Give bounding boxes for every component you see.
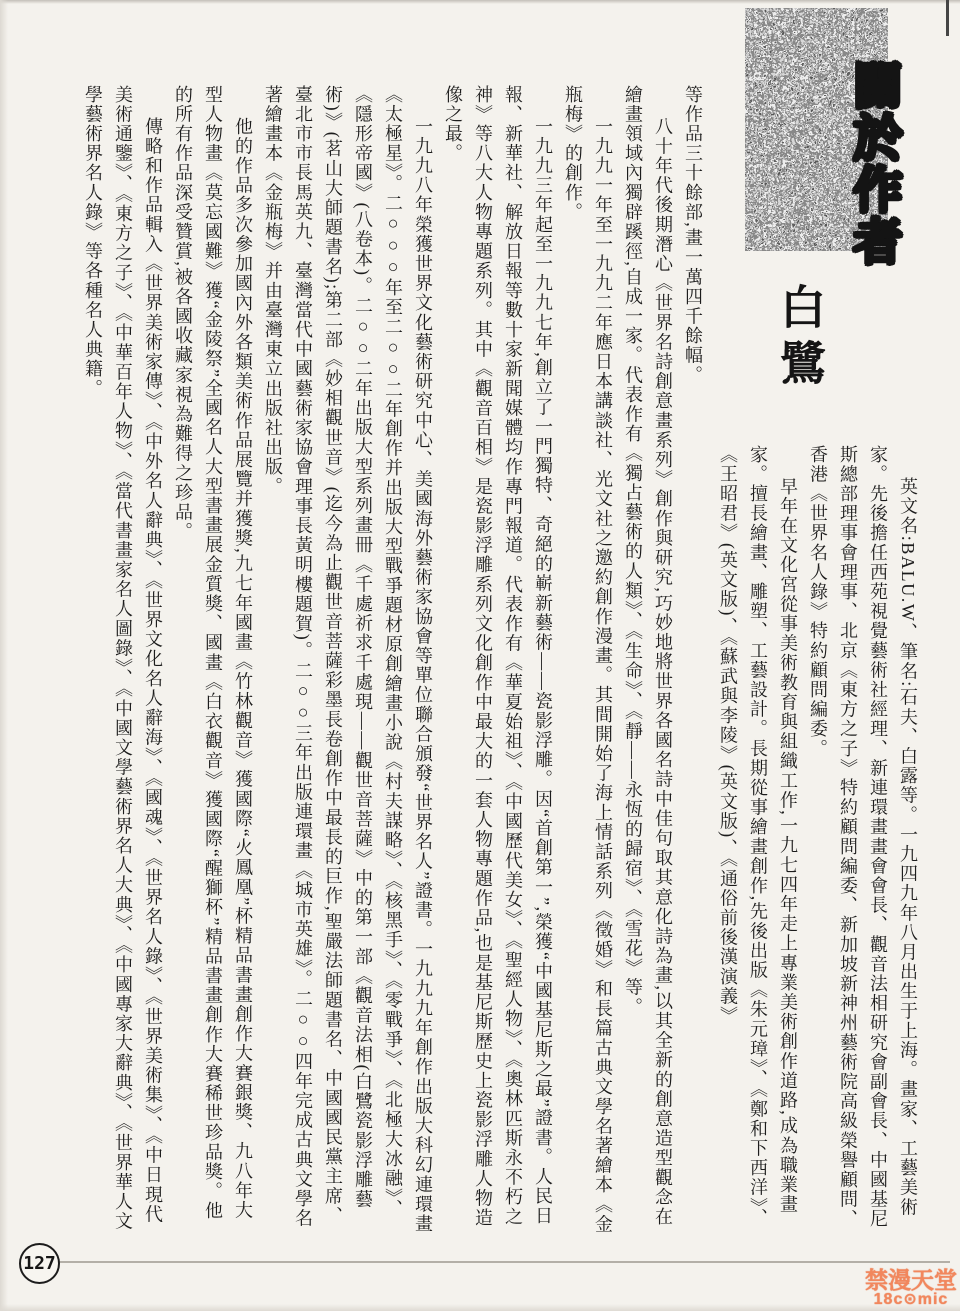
- biography-paragraph: 等作品三十餘部,畫一萬四千餘幅。: [678, 85, 708, 1235]
- scan-edge-left: [0, 0, 8, 1311]
- site-watermark: 禁漫天堂 18c⊙mic: [863, 1268, 959, 1309]
- biography-paragraph: 八十年代後期潛心《世界名詩創意畫系列》創作與研究,巧妙地將世界各國名詩中佳句取其…: [618, 85, 678, 1235]
- scanned-book-page: { "page": { "section_title": "關於作者", "au…: [0, 0, 960, 1311]
- biography-paragraph: 早年在文化宮從事美術教育與組織工作,一九七四年走上專業美術創作道路,成為職業畫家…: [713, 445, 803, 1235]
- biography-paragraph: 他的作品多次參加國內外各類美術作品展覽并獲獎,九七年國畫《竹林觀音》獲國際“火鳳…: [168, 85, 258, 1235]
- biography-paragraph: 傳略和作品輯入《世界美術家傳》、《中外名人辭典》、《世界文化名人辭海》、《國魂》…: [78, 85, 168, 1235]
- biography-right-columns: 英文名:BALU.W、筆名:石夫、白露等。一九四九年八月出生于上海。畫家、工藝美…: [710, 445, 923, 1235]
- watermark-text-en: 18c⊙mic: [863, 1292, 959, 1309]
- scan-edge-top: [0, 0, 960, 4]
- author-name: 白鷺: [766, 283, 832, 395]
- page-number-badge: 127: [19, 1243, 60, 1284]
- biography-main-columns: 等作品三十餘部,畫一萬四千餘幅。八十年代後期潛心《世界名詩創意畫系列》創作與研究…: [74, 85, 708, 1235]
- section-title: 關於作者: [839, 60, 909, 268]
- scan-artifact-line: [946, 0, 949, 36]
- biography-paragraph: 英文名:BALU.W、筆名:石夫、白露等。一九四九年八月出生于上海。畫家、工藝美…: [803, 445, 923, 1235]
- biography-paragraph: 一九九八年榮獲世界文化藝術研究中心、美國海外藝術家協會等單位聯合頒發“世界名人”…: [258, 85, 438, 1235]
- biography-paragraph: 一九九三年起至一九九七年,創立了一門獨特、奇絕的嶄新藝術——瓷影浮雕。因“首創第…: [438, 85, 558, 1235]
- footer-rule: [58, 1261, 950, 1263]
- biography-paragraph: 一九九一年至一九九二年應日本講談社、光文社之邀約創作漫畫。其間開始了海上情話系列…: [558, 85, 618, 1235]
- scan-edge-bottom: [0, 1304, 960, 1311]
- watermark-text-cn: 禁漫天堂: [863, 1268, 959, 1292]
